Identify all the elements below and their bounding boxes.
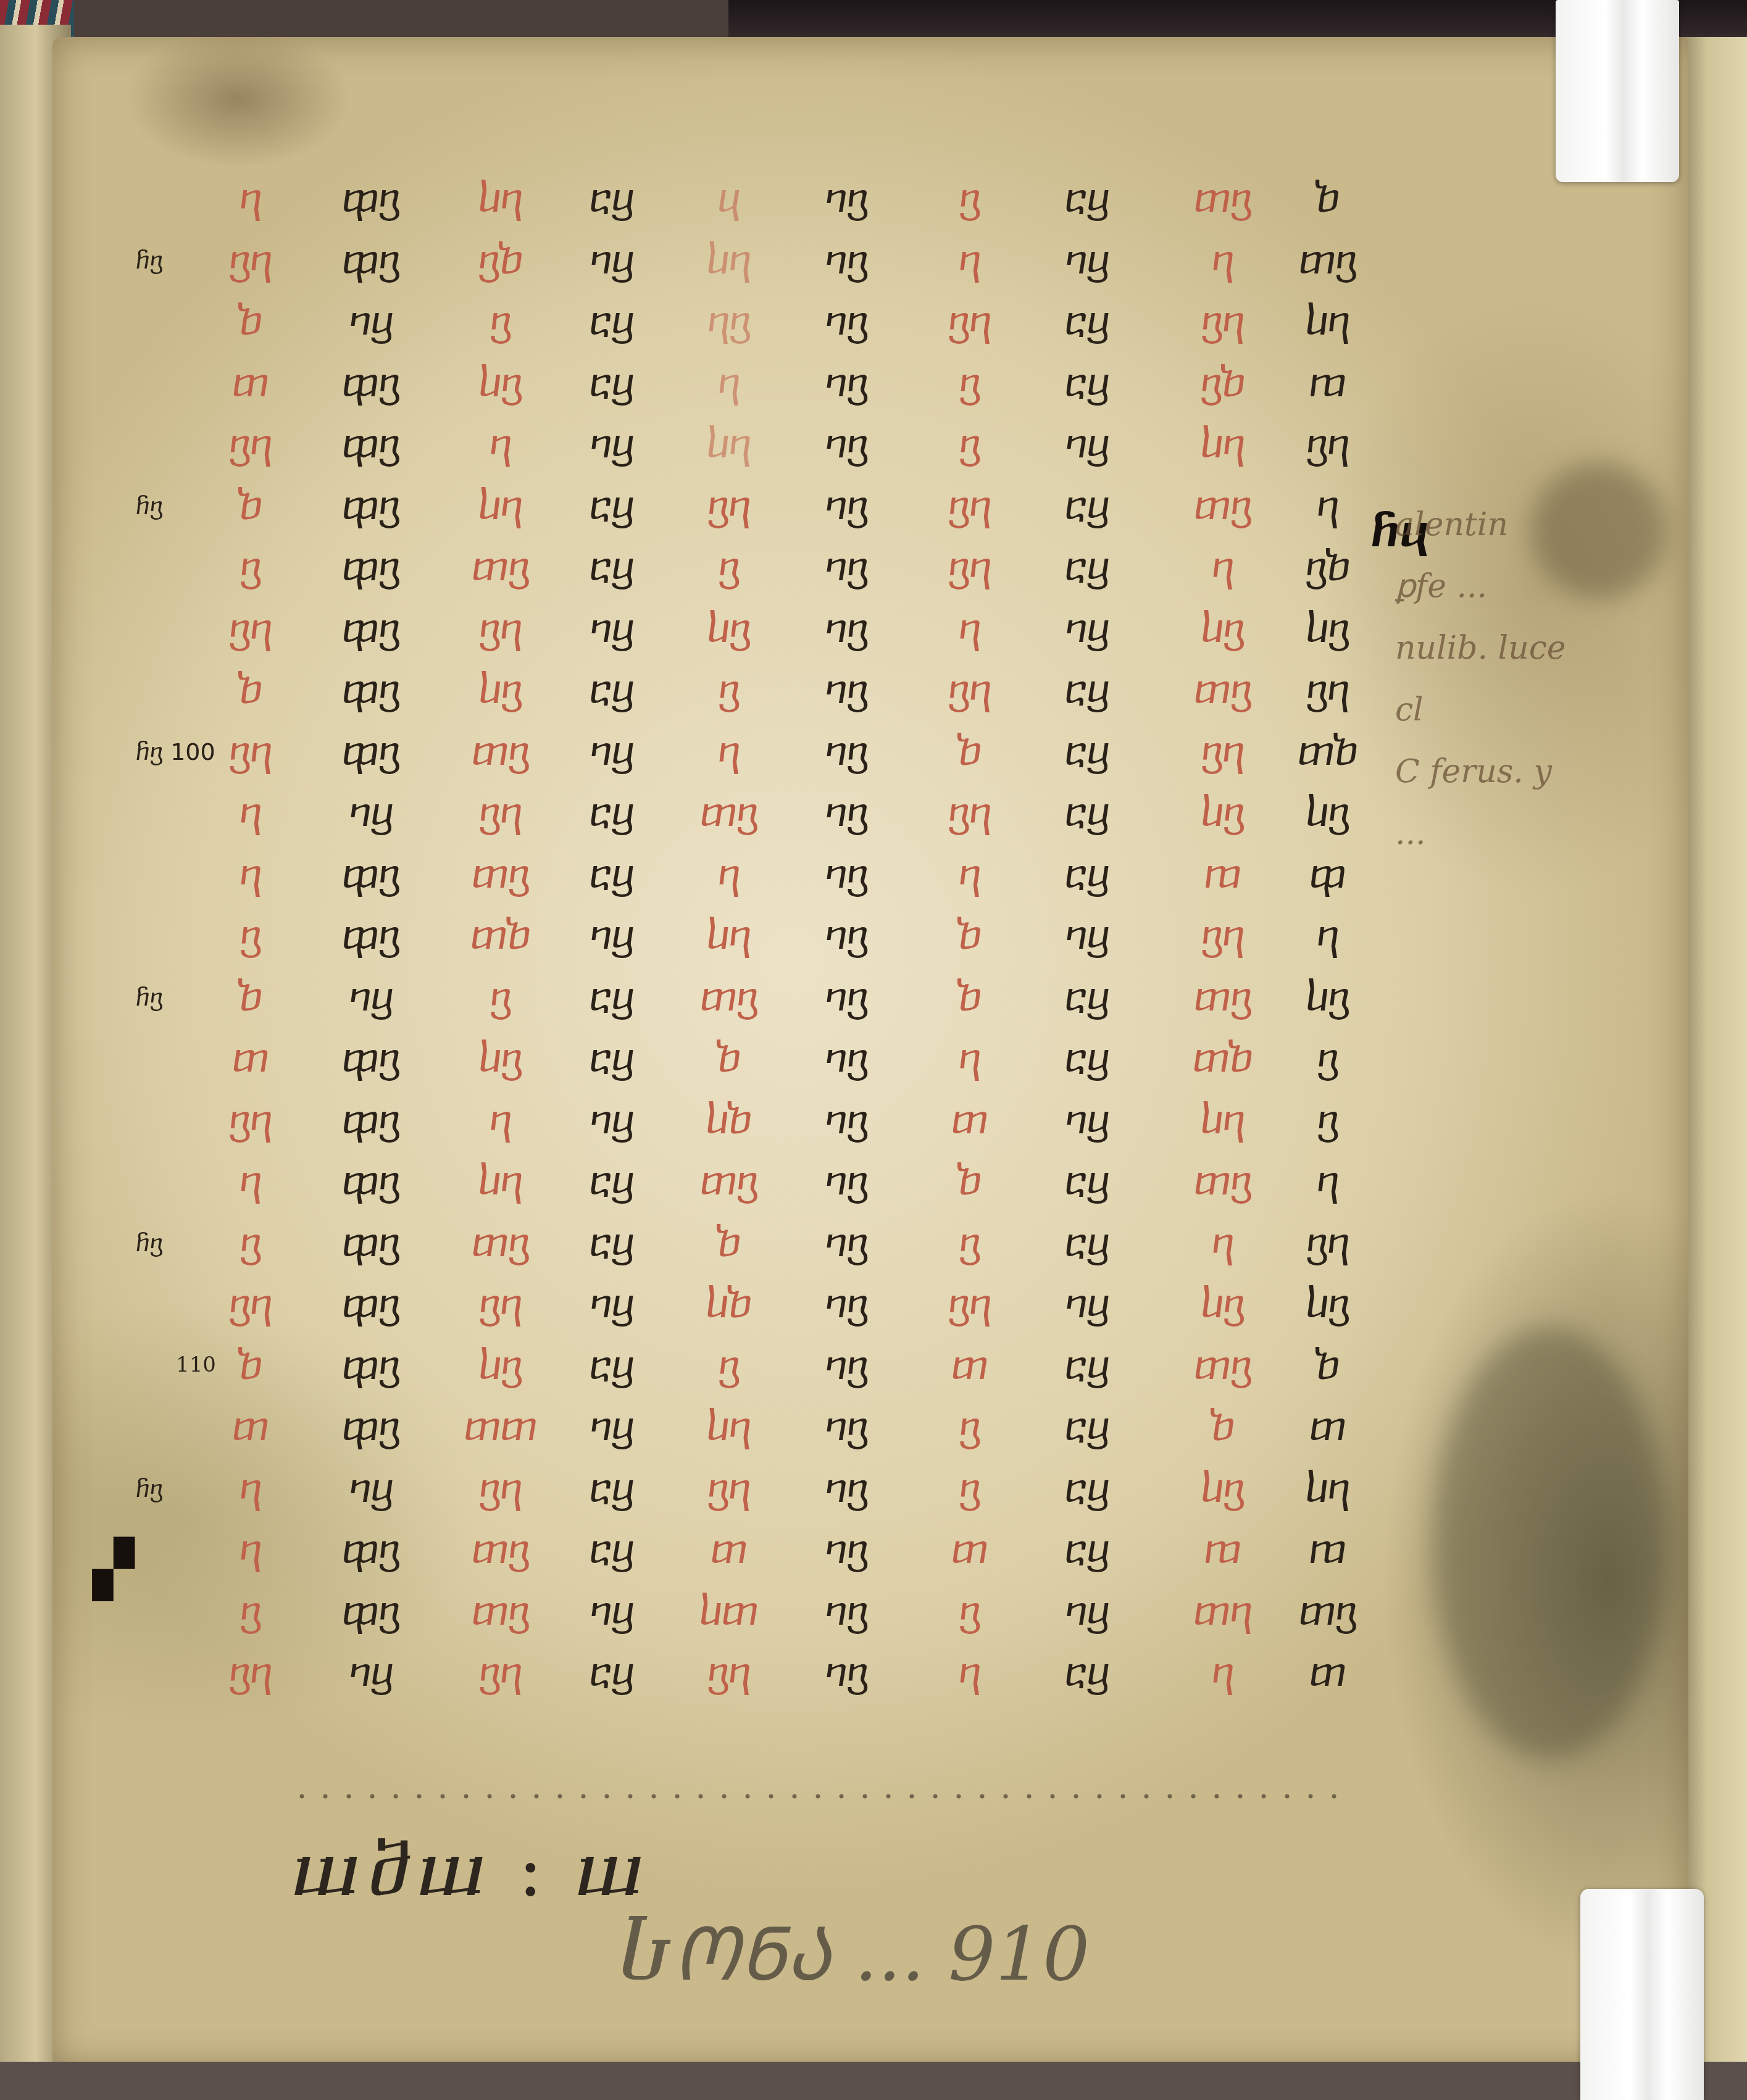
table-cell: ⴀⴁ [1064, 1223, 1109, 1263]
table-cell: ⴂⴄ [228, 732, 272, 772]
table-cell: ⴔⴂ [341, 425, 399, 464]
table-cell: ⴇⴂ [471, 855, 528, 894]
table-cell: ⴀⴁ [589, 1346, 633, 1386]
table-cell: ⴈⴁ [589, 1101, 633, 1140]
table-cell: ⴑⴂ [478, 670, 522, 710]
manuscript-page [52, 37, 1688, 2068]
table-cell: ⴇ [951, 1346, 988, 1386]
table-cell: ⴄ [1211, 241, 1233, 280]
table-cell: ⴂ [959, 1407, 980, 1447]
table-cell: ⴈⴂ [824, 1469, 867, 1509]
table-cell: ⴂⴄ [948, 1285, 991, 1324]
table-cell: ⴈⴁ [589, 425, 633, 464]
table-cell: ⴄ [1316, 1162, 1338, 1201]
table-cell: ⴄ [239, 793, 261, 833]
table-cell: ⴈⴂ [824, 179, 867, 219]
left-margin-note: ⴌⴂ [136, 1475, 163, 1502]
table-cell: ⴆ [238, 302, 262, 341]
table-cell: ⴄ [958, 241, 980, 280]
table-cell: ⴑⴆ [706, 1101, 751, 1140]
table-cell: ⴗ [717, 179, 740, 219]
table-cell: ⴂⴄ [228, 241, 272, 280]
table-cell: ⴂⴄ [1306, 670, 1349, 710]
table-cell: ⴈⴁ [1064, 241, 1109, 280]
table-cell: ⴇ [232, 364, 269, 403]
table-cell: ⴇ [232, 1407, 269, 1447]
table-cell: ⴑⴄ [707, 241, 751, 280]
left-margin-note: ⴌⴂ 100 [136, 738, 215, 765]
table-cell: ⴑⴂ [478, 364, 522, 403]
table-cell: ⴇⴂ [1298, 1592, 1356, 1631]
table-cell: ⴀⴁ [1064, 1530, 1109, 1570]
table-cell: ⴂⴄ [948, 670, 991, 710]
table-cell: ⴇⴂ [1193, 1162, 1251, 1201]
table-cell: ⴈⴂ [824, 241, 867, 280]
left-margin-note: ⴌⴂ [136, 493, 163, 520]
table-cell: ⴈⴁ [1064, 916, 1109, 956]
table-cell: ⴔⴂ [341, 1162, 399, 1201]
table-cell: ⴈⴁ [589, 732, 633, 772]
table-cell: ⴀⴁ [589, 364, 633, 403]
dotted-rule [290, 1793, 1340, 1799]
table-cell: ⴈⴁ [589, 609, 633, 649]
right-note: alentin [1395, 494, 1679, 556]
table-cell: ⴑⴄ [478, 1162, 522, 1201]
table-cell: ⴂⴄ [478, 609, 522, 649]
table-cell: ⴂ [240, 1223, 261, 1263]
table-cell: ⴄ [239, 179, 261, 219]
table-cell: ⴂ [718, 1346, 739, 1386]
table-cell: ⴀⴁ [589, 1530, 633, 1570]
right-note: ... [1395, 802, 1679, 864]
table-cell: ⴔⴂ [341, 241, 399, 280]
table-cell: ⴂ [959, 1469, 980, 1509]
table-cell: ⴔⴂ [341, 1530, 399, 1570]
table-cell: ⴂⴄ [478, 1285, 522, 1324]
table-cell: ⴊ [1309, 1530, 1345, 1570]
table-cell: ⴂⴄ [948, 548, 991, 587]
table-cell: ⴇⴂ [471, 732, 528, 772]
left-margin-note: ⴌⴂ [136, 984, 163, 1011]
table-cell: ⴀⴁ [1064, 732, 1109, 772]
table-cell: ⴇⴇ [464, 1407, 536, 1447]
table-cell: ⴇⴂ [699, 1162, 757, 1201]
table-cell: ⴂⴄ [707, 1469, 750, 1509]
table-cell: ⴆ [717, 1039, 740, 1078]
table-cell: ⴀⴁ [1064, 1469, 1109, 1509]
table-cell: ⴂⴄ [1201, 916, 1244, 956]
table-cell: ⴈⴁ [589, 916, 633, 956]
table-cell: ⴈⴂ [824, 1653, 867, 1693]
table-cell: ⴀⴁ [589, 1223, 633, 1263]
table-cell: ⴄ [717, 364, 740, 403]
table-cell: ⴂ [1317, 1039, 1338, 1078]
water-stain [1432, 1327, 1667, 1759]
table-cell: ⴑⴄ [1201, 425, 1245, 464]
table-cell: ⴄ [958, 1653, 980, 1693]
table-cell: ⴀⴁ [1064, 302, 1109, 341]
table-cell: ⴈⴂ [824, 548, 867, 587]
table-cell: ⴑⴆ [706, 1285, 751, 1324]
table-cell: ⴂ [490, 302, 511, 341]
table-cell: ⴂⴄ [1306, 425, 1349, 464]
table-cell: ⴔⴂ [341, 1223, 399, 1263]
table-cell: ⴑⴂ [707, 609, 750, 649]
table-cell: ⴈⴂ [824, 1162, 867, 1201]
right-note: nulib. luce [1395, 617, 1679, 679]
page-clip-bottom [1580, 1889, 1704, 2100]
table-cell: ⴈⴂ [824, 855, 867, 894]
table-cell: ⴆ [1211, 1407, 1234, 1447]
table-cell: ⴇⴂ [471, 1223, 528, 1263]
table-cell: ⴈⴂ [824, 1039, 867, 1078]
table-cell: ⴀⴁ [589, 302, 633, 341]
table-cell: ⴆ [957, 978, 981, 1017]
table-cell: ⴈⴂ [824, 486, 867, 526]
left-margin-note: ⴌⴂ [136, 1230, 163, 1257]
table-cell: ⴂⴄ [228, 609, 272, 649]
table-cell: ⴀⴁ [589, 486, 633, 526]
table-cell: ⴀⴁ [1064, 179, 1109, 219]
table-cell: ⴇⴂ [699, 793, 757, 833]
table-cell: ⴀⴁ [1064, 486, 1109, 526]
table-cell: ⴈⴂ [824, 609, 867, 649]
table-cell: ⴀⴁ [1064, 1653, 1109, 1693]
table-cell: ⴊ [1204, 1530, 1240, 1570]
table-cell: ⴆ [957, 916, 981, 956]
table-cell: ⴔⴂ [341, 1407, 399, 1447]
table-cell: ⴄ [239, 1530, 261, 1570]
table-cell: ⴂ [718, 548, 739, 587]
table-cell: ⴑⴄ [707, 916, 751, 956]
table-cell: ⴈⴁ [348, 1469, 393, 1509]
table-cell: ⴇⴂ [471, 548, 528, 587]
table-cell: ⴂ [718, 670, 739, 710]
right-note: C ferus. y [1395, 741, 1679, 802]
table-cell: ⴂ [959, 364, 980, 403]
table-cell: ⴆ [717, 1223, 740, 1263]
table-cell: ⴈⴂ [824, 1530, 867, 1570]
table-cell: ⴇ [1309, 1407, 1346, 1447]
table-cell: ⴈⴁ [1064, 1285, 1109, 1324]
table-cell: ⴈⴁ [1064, 1101, 1109, 1140]
table-cell: ⴈⴂ [824, 1346, 867, 1386]
table-cell: ⴇ [232, 1039, 269, 1078]
table-cell: ⴈⴂ [824, 1592, 867, 1631]
left-margin-note: 110 [176, 1352, 216, 1377]
table-cell: ⴆ [238, 1346, 262, 1386]
table-cell: ⴄ [239, 1469, 261, 1509]
table-cell: ⴔⴂ [341, 1285, 399, 1324]
table-cell: ⴔⴂ [341, 364, 399, 403]
table-cell: ⴇⴂ [1193, 486, 1251, 526]
table-cell: ⴇⴂ [1193, 670, 1251, 710]
table-cell: ⴈⴁ [1064, 1592, 1109, 1631]
table-cell: ⴈⴂ [824, 1407, 867, 1447]
table-cell: ⴂⴄ [1306, 1223, 1349, 1263]
table-cell: ⴂ [240, 548, 261, 587]
table-cell: ⴂⴆ [1200, 364, 1245, 403]
table-cell: ⴂⴄ [228, 1101, 272, 1140]
left-margin-note: ⴌⴂ [136, 247, 163, 274]
table-cell: ⴈⴁ [348, 978, 393, 1017]
table-cell: ⴄ [958, 1039, 980, 1078]
table-cell: ⴂⴄ [478, 1469, 522, 1509]
right-note: ꝑfe ... [1395, 556, 1679, 617]
table-cell: ⴆ [238, 670, 262, 710]
table-cell: ⴈⴁ [348, 302, 393, 341]
table-cell: ⴀⴁ [1064, 364, 1109, 403]
table-cell: ⴂⴄ [228, 425, 272, 464]
table-cell: ⴂⴄ [948, 302, 991, 341]
table-cell: ⴇⴆ [470, 916, 530, 956]
table-cell: ⴔⴂ [341, 855, 399, 894]
table-cell: ⴂⴄ [478, 793, 522, 833]
table-cell: ⴄ [1211, 548, 1233, 587]
table-cell: ⴑⴄ [1306, 1469, 1349, 1509]
table-cell: ⴔⴂ [341, 1592, 399, 1631]
page-clip-top [1556, 0, 1679, 182]
table-surface [0, 2062, 1747, 2100]
table-cell: ⴄ [958, 855, 980, 894]
table-cell: ⴇ [711, 1530, 747, 1570]
table-cell: ⴈⴂ [824, 302, 867, 341]
table-cell: ⴆ [957, 732, 981, 772]
table-cell: ⴀⴁ [589, 1039, 633, 1078]
table-cell: ⴑⴄ [707, 1407, 751, 1447]
table-cell: ⴈⴁ [589, 1592, 633, 1631]
table-cell: ⴄ [958, 609, 980, 649]
table-cell: ⴄ [489, 425, 511, 464]
table-cell: ⴀⴁ [1064, 1346, 1109, 1386]
table-cell: ⴂⴄ [1201, 302, 1244, 341]
table-cell: ⴔⴂ [341, 486, 399, 526]
table-cell: ⴈⴁ [589, 1285, 633, 1324]
table-cell: ⴇⴂ [699, 978, 757, 1017]
table-cell: ⴑⴇ [699, 1592, 757, 1631]
table-cell: ⴑⴂ [1201, 609, 1244, 649]
table-cell: ⴂⴄ [1201, 732, 1244, 772]
table-cell: ⴄ [489, 1101, 511, 1140]
table-cell: ⴂ [959, 425, 980, 464]
table-cell: ⴀⴁ [589, 670, 633, 710]
table-cell: ⴄ [717, 732, 740, 772]
table-cell: ⴑⴄ [1201, 1101, 1245, 1140]
table-cell: ⴈⴁ [348, 1653, 393, 1693]
table-cell: ⴔⴂ [341, 916, 399, 956]
table-cell: ⴑⴄ [478, 179, 522, 219]
page-stack-edge [1679, 37, 1747, 2100]
table-cell: ⴀⴁ [589, 1469, 633, 1509]
table-cell: ⴈⴂ [824, 670, 867, 710]
table-cell: ⴇⴂ [471, 1592, 528, 1631]
table-cell: ⴄ [1211, 1653, 1233, 1693]
table-cell: ⴔⴂ [341, 548, 399, 587]
table-cell: ⴄ [239, 1162, 261, 1201]
table-cell: ⴀⴁ [589, 855, 633, 894]
table-cell: ⴂ [959, 1223, 980, 1263]
table-cell: ⴀⴁ [1064, 1407, 1109, 1447]
table-cell: ⴀⴁ [1064, 1039, 1109, 1078]
table-cell: ⴔⴂ [341, 732, 399, 772]
table-cell: ⴆ [1315, 179, 1339, 219]
table-cell: ⴂⴄ [948, 793, 991, 833]
table-cell: ⴆ [1315, 1346, 1339, 1386]
table-cell: ⴂⴄ [228, 1653, 272, 1693]
table-cell: ⴂ [959, 179, 980, 219]
bottom-inscription: ⴍⴋⴍ : ⴍ [290, 1827, 649, 1913]
table-cell: ⴈⴂ [824, 916, 867, 956]
table-cell: ⴑⴄ [1306, 302, 1349, 341]
table-cell: ⴂ [1317, 1101, 1338, 1140]
table-cell: ⴔⴂ [341, 179, 399, 219]
table-cell: ⴈⴁ [348, 793, 393, 833]
table-cell: ⴈⴁ [1064, 609, 1109, 649]
table-cell: ⴆ [957, 1162, 981, 1201]
table-cell: ⴄ [1211, 1223, 1233, 1263]
table-cell: ⴊ [1309, 364, 1345, 403]
table-cell: ⴇⴂ [1193, 978, 1251, 1017]
table-cell: ⴊ [1204, 855, 1240, 894]
table-cell: ⴂⴆ [1305, 548, 1349, 587]
table-cell: ⴂ [240, 1592, 261, 1631]
table-cell: ⴑⴄ [707, 425, 751, 464]
table-cell: ⴀⴁ [589, 548, 633, 587]
table-cell: ⴈⴂ [824, 732, 867, 772]
table-cell: ⴑⴂ [478, 1346, 522, 1386]
table-cell: ⴂ [240, 916, 261, 956]
table-cell: ⴑⴂ [478, 1039, 522, 1078]
table-cell: ⴇⴂ [471, 1530, 528, 1570]
table-cell: ⴔⴂ [341, 1039, 399, 1078]
table-cell: ⴆ [238, 978, 262, 1017]
table-cell: ⴑⴂ [1306, 793, 1349, 833]
table-cell: ⴔⴂ [341, 609, 399, 649]
table-cell: ⴂⴄ [707, 1653, 750, 1693]
table-cell: ⴈⴁ [1064, 425, 1109, 464]
table-cell: ⴇⴄ [1193, 1592, 1252, 1631]
table-cell: ⴀⴁ [1064, 978, 1109, 1017]
table-cell: ⴇ [1309, 1653, 1346, 1693]
table-cell: ⴇⴆ [1193, 1039, 1253, 1078]
table-cell: ⴔⴂ [341, 1101, 399, 1140]
table-cell: ⴈⴂ [824, 978, 867, 1017]
right-margin-notes: alentin ꝑfe ... nulib. luce cl C ferus. … [1395, 494, 1679, 864]
table-cell: ⴔⴂ [341, 670, 399, 710]
table-cell: ⴇ [951, 1101, 988, 1140]
table-cell: ⴀⴁ [1064, 1162, 1109, 1201]
table-cell: ⴂ [959, 1592, 980, 1631]
table-cell: ⴑⴂ [1201, 793, 1244, 833]
table-cell: ⴈⴂ [824, 425, 867, 464]
margin-symbol: ▞ [93, 1537, 135, 1601]
table-cell: ⴔ [1309, 855, 1346, 894]
table-cell: ⴈⴂ [824, 1223, 867, 1263]
table-cell: ⴈⴂ [824, 1285, 867, 1324]
table-cell: ⴈⴂ [824, 793, 867, 833]
table-cell: ⴔⴂ [341, 1346, 399, 1386]
table-cell: ⴀⴁ [589, 978, 633, 1017]
table-cell: ⴄⴂ [707, 302, 750, 341]
table-cell: ⴀⴁ [1064, 670, 1109, 710]
table-cell: ⴂⴆ [478, 241, 522, 280]
table-cell: ⴑⴄ [478, 486, 522, 526]
table-cell: ⴄ [1316, 916, 1338, 956]
table-cell: ⴇⴂ [1298, 241, 1356, 280]
table-cell: ⴑⴂ [1306, 609, 1349, 649]
table-cell: ⴂⴄ [707, 486, 750, 526]
table-cell: ⴇⴆ [1298, 732, 1357, 772]
table-cell: ⴇⴂ [1193, 1346, 1251, 1386]
table-cell: ⴆ [238, 486, 262, 526]
table-cell: ⴈⴂ [824, 1101, 867, 1140]
table-cell: ⴄ [717, 855, 740, 894]
table-cell: ⴈⴂ [824, 364, 867, 403]
table-cell: ⴀⴁ [1064, 793, 1109, 833]
table-cell: ⴂ [490, 978, 511, 1017]
table-cell: ⴀⴁ [589, 793, 633, 833]
table-cell: ⴄ [1316, 486, 1338, 526]
table-cell: ⴇⴂ [1193, 179, 1251, 219]
table-cell: ⴄ [239, 855, 261, 894]
right-note: cl [1395, 679, 1679, 741]
bottom-cursive-note: ႱᲝᲜᲐ ... 910 [617, 1901, 1090, 2002]
table-cell: ⴂⴄ [948, 486, 991, 526]
table-cell: ⴂⴄ [228, 1285, 272, 1324]
table-cell: ⴑⴂ [1306, 978, 1349, 1017]
table-cell: ⴑⴂ [1306, 1285, 1349, 1324]
table-cell: ⴂⴄ [478, 1653, 522, 1693]
table-cell: ⴀⴁ [589, 1653, 633, 1693]
table-cell: ⴈⴁ [589, 1407, 633, 1447]
table-cell: ⴀⴁ [1064, 855, 1109, 894]
table-cell: ⴈⴁ [589, 241, 633, 280]
table-cell: ⴀⴁ [1064, 548, 1109, 587]
table-cell: ⴑⴂ [1201, 1285, 1244, 1324]
table-cell: ⴑⴂ [1201, 1469, 1244, 1509]
table-cell: ⴀⴁ [589, 1162, 633, 1201]
table-cell: ⴀⴁ [589, 179, 633, 219]
table-cell: ⴇ [951, 1530, 988, 1570]
